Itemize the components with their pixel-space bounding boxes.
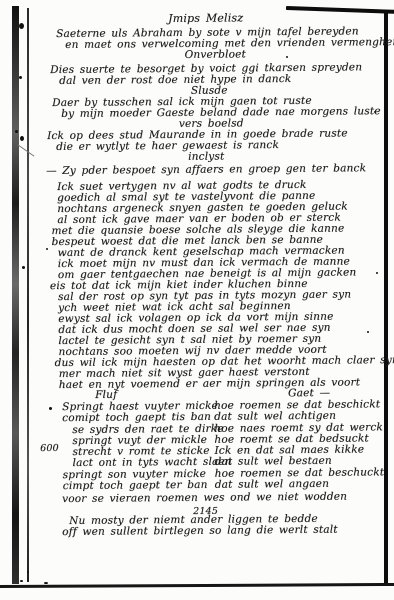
ink-blot: [22, 266, 25, 269]
stanza-1: Saeterne uls Abraham by sote v mijn tafe…: [56, 26, 394, 62]
page-frame-top: [286, 6, 394, 14]
ink-blot: [19, 76, 22, 79]
binding-inner-line: [27, 8, 29, 582]
ink-blot: [20, 136, 24, 141]
closing-full-line: voor se vieraen roemen wes ond we niet w…: [62, 492, 347, 505]
page-frame-bottom: [0, 583, 394, 588]
ink-blot: [15, 130, 18, 133]
manuscript-line: dat sult wel angaen: [215, 478, 385, 491]
closing-couplet: Nu mosty der niemt ander liggen te bedde…: [62, 514, 338, 538]
main-stanza: Ick suet vertygen nv al wat godts te dru…: [57, 179, 394, 391]
margin-line-number: 600: [40, 443, 59, 454]
stanza-2: Dies suerte te besorget by voict ggi tka…: [50, 62, 368, 98]
verse-label-left: Fluf: [95, 390, 117, 401]
ink-blot: [20, 580, 23, 582]
stanza-3: Daer by tusschen sal ick mijn gaen tot r…: [52, 95, 381, 131]
couplet-columns: Springt haest vuyter mickecomipt toch ga…: [72, 399, 385, 492]
manuscript-line: off wen sullent birtlegen so lang die we…: [62, 525, 338, 538]
couplet-column-right: hoe roemen se dat beschicktdat sult wel …: [214, 399, 385, 491]
ink-blot: [49, 407, 52, 410]
manuscript-page: 600 Jmips Melisz Saeterne uls Abraham by…: [0, 0, 394, 600]
page-title: Jmips Melisz: [168, 12, 243, 24]
couplet-column-left: Springt haest vuyter mickecomipt toch ga…: [72, 401, 215, 493]
ink-blot: [19, 23, 24, 29]
transition-line: — Zy pder bespoet syn affaers en groep g…: [46, 163, 366, 177]
verse-label-right: Gaet —: [288, 388, 330, 399]
ink-blot: [46, 248, 48, 250]
scan-hairline-mark: [18, 144, 35, 156]
ink-blot: [44, 582, 48, 584]
binding-edge-line: [12, 6, 19, 584]
stanza-4: Ick op dees stud Maurande in in goede br…: [47, 128, 365, 164]
manuscript-line: cimpt toch gaept ter ban: [63, 480, 215, 493]
ink-blot: [27, 571, 29, 573]
